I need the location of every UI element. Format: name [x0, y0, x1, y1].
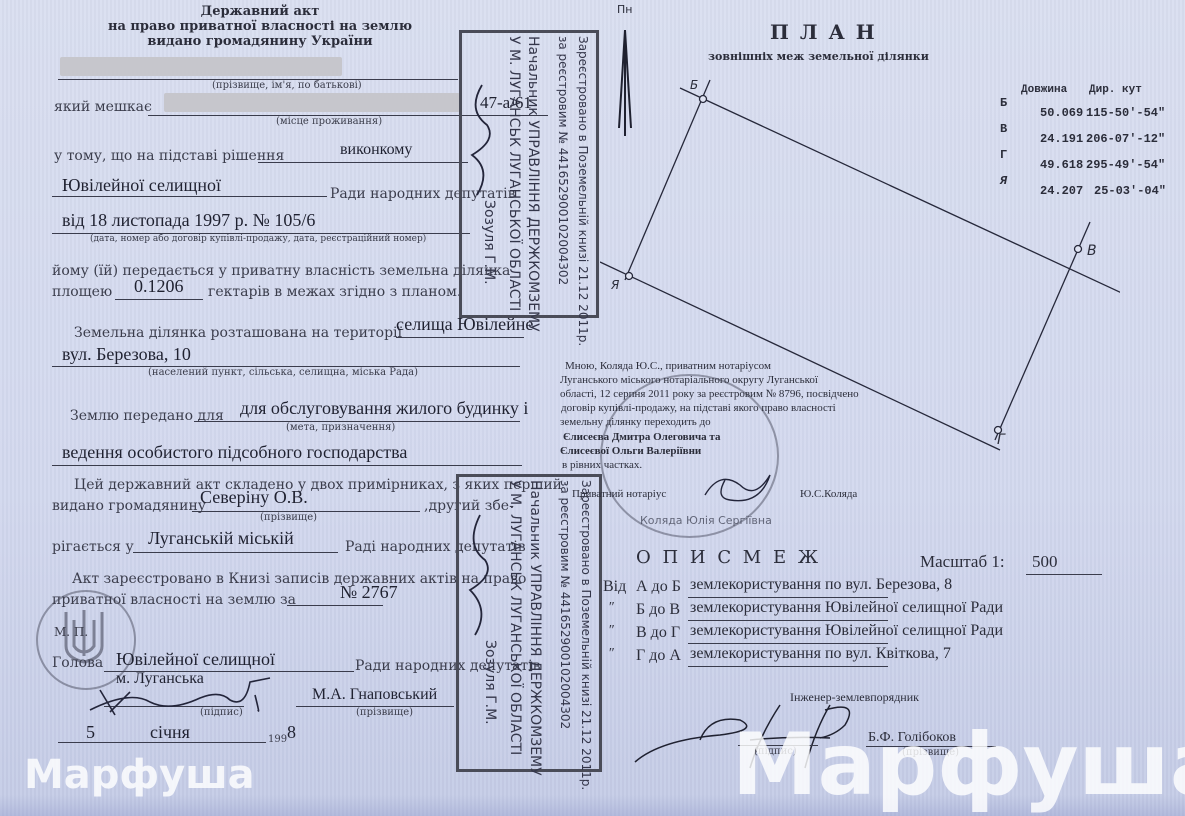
notary-line-7: Єлисеєвої Ольги Валеріївни	[560, 445, 701, 457]
seal-label: М. П.	[54, 625, 88, 639]
head-surname-caption: (прізвище)	[356, 707, 413, 718]
vertex-label-v: В	[1087, 243, 1097, 259]
issued-value: Северіну О.В.	[200, 487, 308, 508]
notary-title: Приватний нотаріус	[572, 488, 666, 500]
decision-caption: (дата, номер або договір купівлі-продажу…	[90, 234, 426, 244]
notary-line-3: області, 12 серпня 2011 року за реєстров…	[560, 388, 859, 400]
stamp-top-line-3: Начальник УПРАВЛІННЯ ДЕРЖКОМЗЕМУ	[525, 36, 541, 332]
row-angle: 206-07′-12″	[1086, 132, 1165, 146]
boundary-desc: землекористування по вул. Квіткова, 7	[690, 645, 951, 663]
boundary-desc: землекористування Ювілейної селищної Рад…	[690, 622, 1003, 640]
redacted-name	[60, 57, 342, 76]
area-value: 0.1206	[134, 276, 184, 297]
notary-signature	[700, 460, 780, 510]
scale-value: 500	[1032, 552, 1058, 572]
boundary-prefix: Від	[603, 578, 626, 596]
notary-line-8: в рівних частках.	[562, 459, 642, 471]
plan-subtitle: зовнішніх меж земельної ділянки	[708, 50, 929, 63]
act-title: Державний акт	[60, 4, 460, 19]
date-year-suffix: 8	[287, 722, 296, 743]
street-value: вул. Березова, 10	[62, 344, 191, 365]
vertex-label-ya: Я	[611, 278, 619, 292]
council-value: Ювілейної селищної	[62, 175, 221, 196]
stamp-top-line-5: Зозуля Г.М.	[481, 200, 497, 285]
boundaries-title: О П И С М Е Ж	[636, 547, 821, 568]
stamp-bottom-line-4: У М. ЛУГАНСЬК ЛУГАНСЬКОЇ ОБЛАСТІ	[507, 480, 523, 755]
area-suffix: гектарів в межах згідно з планом.	[208, 284, 461, 300]
row-point: Я	[1000, 174, 1007, 188]
row-angle: 295-49′-54″	[1086, 158, 1165, 172]
stamp-top-line-1: Зареєстровано в Поземельній книзі 21.12 …	[576, 36, 590, 346]
kept-label: рігається у	[52, 539, 134, 555]
stamp-top-line-4: У М. ЛУГАНСЬК ЛУГАНСЬКОЇ ОБЛАСТІ	[506, 36, 522, 311]
boundary-prefix: ″	[608, 600, 614, 616]
purpose-value-1: для обслуговування жилого будинку і	[240, 398, 528, 419]
vertex-label-b: Б	[690, 78, 698, 92]
purpose-value-2: ведення особистого підсобного господарст…	[62, 442, 407, 463]
row-point: Б	[1000, 96, 1007, 110]
location-label: Земельна ділянка розташована на територі…	[74, 325, 402, 341]
boundary-from-to: Б до В	[636, 601, 680, 619]
notary-line-4: договір купівлі-продажу, на підставі яко…	[561, 402, 836, 414]
stamp-top-line-2: за реєстровим № 441652900102004302	[556, 36, 570, 285]
boundary-from-to: А до Б	[636, 578, 681, 596]
area-label: площею	[52, 284, 112, 300]
redacted-residence	[164, 93, 460, 112]
purpose-caption: (мета, призначення)	[286, 422, 395, 433]
plan-title: П Л А Н	[770, 20, 877, 44]
notary-line-2: Луганського міського нотаріального округ…	[560, 374, 818, 386]
stamp-bottom-line-1: Зареєстровано в Поземельній книзі 21.12 …	[579, 480, 593, 790]
row-point: В	[1000, 122, 1007, 136]
boundary-prefix: ″	[608, 646, 614, 662]
basis-label: у тому, що на підставі рішення	[54, 148, 284, 164]
notary-line-1: Мною, Коляда Ю.С., приватним нотаріусом	[565, 360, 771, 372]
registered-number: № 2767	[340, 582, 398, 603]
issued-label: видано громадянину	[52, 498, 206, 514]
boundary-desc: землекористування по вул. Березова, 8	[690, 576, 952, 594]
watermark-right: Марфуша	[732, 722, 1185, 808]
north-label: Пн	[617, 3, 632, 16]
act-subtitle-1: на право приватної власності на землю	[60, 19, 460, 34]
watermark-left: Марфуша	[24, 752, 255, 798]
scale-label: Масштаб 1:	[920, 552, 1005, 572]
resides-label: який мешкає	[54, 99, 152, 115]
notary-seal-text: Коляда Юлія Сергіївна	[640, 514, 772, 527]
row-length: 49.618	[1040, 158, 1083, 172]
issued-caption: (прізвище)	[260, 512, 317, 523]
row-angle: 115-50′-54″	[1086, 106, 1165, 120]
row-point: Г	[1000, 148, 1007, 162]
date-year-prefix: 199	[268, 734, 287, 745]
residence-caption: (місце проживання)	[276, 116, 382, 127]
basis-value: виконкому	[340, 141, 412, 159]
stamp-bottom-line-3: Начальник УПРАВЛІННЯ ДЕРЖКОМЗЕМУ	[527, 480, 543, 776]
header-length: Довжина	[1021, 84, 1067, 96]
notary-name: Ю.С.Коляда	[800, 488, 857, 500]
notary-line-6: Єлисеєва Дмитра Олеговича та	[563, 431, 720, 443]
stamp-bottom-line-2: за реєстровим № 441652900102004302	[558, 480, 572, 729]
header-angle: Дир. кут	[1089, 84, 1142, 96]
kept-value: Луганській міській	[148, 528, 294, 549]
stamp-top-signature	[462, 80, 502, 200]
boundary-from-to: В до Г	[636, 624, 680, 642]
stamp-bottom-line-5: Зозуля Г.М.	[482, 640, 498, 725]
row-length: 24.191	[1040, 132, 1083, 146]
boundary-from-to: Г до А	[636, 647, 681, 665]
transfer-text: йому (їй) передається у приватну власніс…	[52, 263, 510, 279]
head-label: Голова	[52, 655, 103, 671]
stamp-bottom-signature	[460, 510, 500, 640]
name-caption: (прізвище, ім'я, по батькові)	[212, 80, 362, 91]
notary-line-5: земельну ділянку переходить до	[560, 416, 711, 428]
head-council: Ювілейної селищної	[116, 649, 275, 670]
row-length: 50.069	[1040, 106, 1083, 120]
date-day: 5	[86, 722, 95, 743]
row-angle: 25-03′-04″	[1094, 184, 1166, 198]
location-caption: (населений пункт, сільська, селищна, міс…	[148, 367, 418, 378]
boundary-prefix: ″	[608, 623, 614, 639]
row-length: 24.207	[1040, 184, 1083, 198]
date-month: січня	[150, 722, 190, 743]
decision-value: від 18 листопада 1997 р. № 105/6	[62, 210, 315, 231]
vertex-label-g: Г	[997, 432, 1005, 448]
act-subtitle-2: видано громадянину України	[60, 34, 460, 49]
boundary-desc: землекористування Ювілейної селищної Рад…	[690, 599, 1003, 617]
head-signature	[70, 670, 340, 720]
